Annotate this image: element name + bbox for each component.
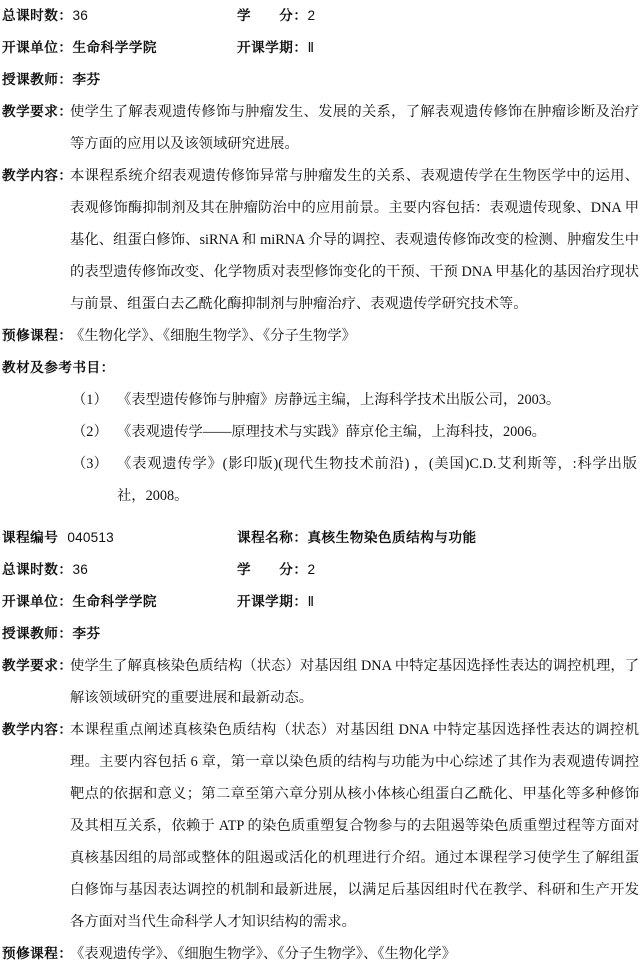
credits-field: 学 分：2	[237, 554, 315, 586]
offering-unit-value: 生命科学学院	[72, 40, 157, 55]
course-code-field: 课程编号040513	[2, 522, 114, 554]
total-hours-value: 36	[72, 562, 88, 577]
teacher-label: 授课教师：	[2, 72, 72, 87]
teaching-requirements: 教学要求： 使学生了解表观遗传修饰与肿瘤发生、发展的关系，了解表观遗传修饰在肿瘤…	[0, 96, 643, 160]
textbooks-heading: 教材及参考书目：	[0, 352, 643, 384]
info-row-unit-semester: 开课单位：生命科学学院 开课学期：Ⅱ	[0, 32, 643, 64]
teaching-content-text: 本课程重点阐述真核染色质结构（状态）对基因组 DNA 中特定基因选择性表达的调控…	[70, 714, 639, 938]
teaching-content: 教学内容： 本课程重点阐述真核染色质结构（状态）对基因组 DNA 中特定基因选择…	[0, 714, 643, 938]
textbook-number: （1）	[72, 384, 108, 416]
total-hours-value: 36	[72, 8, 88, 23]
textbook-text: 《表型遗传修饰与肿瘤》房静远主编，上海科学技术出版公司，2003。	[117, 392, 560, 408]
teaching-content-label: 教学内容：	[2, 160, 72, 192]
course-name-field: 课程名称：真核生物染色质结构与功能	[237, 522, 477, 554]
semester-value: Ⅱ	[307, 594, 314, 609]
prerequisites: 预修课程： 《表观遗传学》、《细胞生物学》、《分子生物学》、《生物化学》	[0, 938, 643, 967]
teaching-content: 教学内容： 本课程系统介绍表观遗传修饰异常与肿瘤发生的关系、表观遗传学在生物医学…	[0, 160, 643, 320]
credits-label: 学 分：	[237, 562, 307, 577]
teaching-requirements: 教学要求： 使学生了解真核染色质结构（状态）对基因组 DNA 中特定基因选择性表…	[0, 650, 643, 714]
textbook-text: 《表观遗传学》(影印版)(现代生物技术前沿) ，(美国)C.D.艾利斯等，:科学…	[117, 456, 637, 504]
course-block-2: 课程编号040513 课程名称：真核生物染色质结构与功能 总课时数：36 学 分…	[0, 522, 643, 967]
textbook-item: （2） 《表观遗传学——原理技术与实践》薛京伦主编，上海科技，2006。	[0, 416, 643, 448]
info-row-hours-credits: 总课时数：36 学 分：2	[0, 0, 643, 32]
textbook-list: （1） 《表型遗传修饰与肿瘤》房静远主编，上海科学技术出版公司，2003。 （2…	[0, 384, 643, 512]
info-row-code-name: 课程编号040513 课程名称：真核生物染色质结构与功能	[0, 522, 643, 554]
textbook-item: （1） 《表型遗传修饰与肿瘤》房静远主编，上海科学技术出版公司，2003。	[0, 384, 643, 416]
total-hours-field: 总课时数：36	[2, 554, 88, 586]
offering-unit-label: 开课单位：	[2, 40, 72, 55]
textbook-text: 《表观遗传学——原理技术与实践》薛京伦主编，上海科技，2006。	[117, 424, 546, 440]
prerequisites: 预修课程： 《生物化学》、《细胞生物学》、《分子生物学》	[0, 320, 643, 352]
prerequisites-label: 预修课程：	[2, 938, 72, 967]
offering-unit-field: 开课单位：生命科学学院	[2, 586, 157, 618]
credits-value: 2	[307, 8, 315, 23]
course-code-value: 040513	[67, 530, 114, 545]
semester-label: 开课学期：	[237, 594, 307, 609]
teaching-requirements-label: 教学要求：	[2, 650, 72, 682]
teacher-value: 李芬	[72, 626, 100, 641]
textbook-number: （2）	[72, 416, 108, 448]
prerequisites-text: 《生物化学》、《细胞生物学》、《分子生物学》	[70, 320, 639, 352]
teacher-field: 授课教师：李芬	[2, 64, 101, 96]
textbook-number: （3）	[72, 448, 108, 480]
course-block-1: 总课时数：36 学 分：2 开课单位：生命科学学院 开课学期：Ⅱ 授课教师：李芬…	[0, 0, 643, 512]
teaching-requirements-text: 使学生了解真核染色质结构（状态）对基因组 DNA 中特定基因选择性表达的调控机理…	[70, 650, 639, 714]
teacher-field: 授课教师：李芬	[2, 618, 101, 650]
prerequisites-text: 《表观遗传学》、《细胞生物学》、《分子生物学》、《生物化学》	[70, 938, 639, 967]
teaching-content-label: 教学内容：	[2, 714, 72, 746]
offering-unit-value: 生命科学学院	[72, 594, 157, 609]
prerequisites-label: 预修课程：	[2, 320, 72, 352]
info-row-teacher: 授课教师：李芬	[0, 618, 643, 650]
course-name-label: 课程名称：	[237, 530, 307, 545]
semester-field: 开课学期：Ⅱ	[237, 32, 314, 64]
course-syllabus-page: 总课时数：36 学 分：2 开课单位：生命科学学院 开课学期：Ⅱ 授课教师：李芬…	[0, 0, 643, 967]
credits-field: 学 分：2	[237, 0, 315, 32]
course-name-value: 真核生物染色质结构与功能	[307, 530, 476, 545]
teaching-requirements-text: 使学生了解表观遗传修饰与肿瘤发生、发展的关系，了解表观遗传修饰在肿瘤诊断及治疗等…	[70, 96, 639, 160]
total-hours-label: 总课时数：	[2, 8, 72, 23]
credits-value: 2	[307, 562, 315, 577]
course-code-label: 课程编号	[2, 530, 58, 545]
credits-label: 学 分：	[237, 8, 307, 23]
total-hours-label: 总课时数：	[2, 562, 72, 577]
semester-value: Ⅱ	[307, 40, 314, 55]
teaching-requirements-label: 教学要求：	[2, 96, 72, 128]
total-hours-field: 总课时数：36	[2, 0, 88, 32]
offering-unit-field: 开课单位：生命科学学院	[2, 32, 157, 64]
textbooks-label: 教材及参考书目：	[2, 360, 115, 375]
offering-unit-label: 开课单位：	[2, 594, 72, 609]
semester-field: 开课学期：Ⅱ	[237, 586, 314, 618]
info-row-unit-semester: 开课单位：生命科学学院 开课学期：Ⅱ	[0, 586, 643, 618]
semester-label: 开课学期：	[237, 40, 307, 55]
textbook-item: （3） 《表观遗传学》(影印版)(现代生物技术前沿) ，(美国)C.D.艾利斯等…	[0, 448, 643, 512]
info-row-teacher: 授课教师：李芬	[0, 64, 643, 96]
teacher-label: 授课教师：	[2, 626, 72, 641]
info-row-hours-credits: 总课时数：36 学 分：2	[0, 554, 643, 586]
teaching-content-text: 本课程系统介绍表观遗传修饰异常与肿瘤发生的关系、表观遗传学在生物医学中的运用、表…	[70, 160, 639, 320]
teacher-value: 李芬	[72, 72, 100, 87]
